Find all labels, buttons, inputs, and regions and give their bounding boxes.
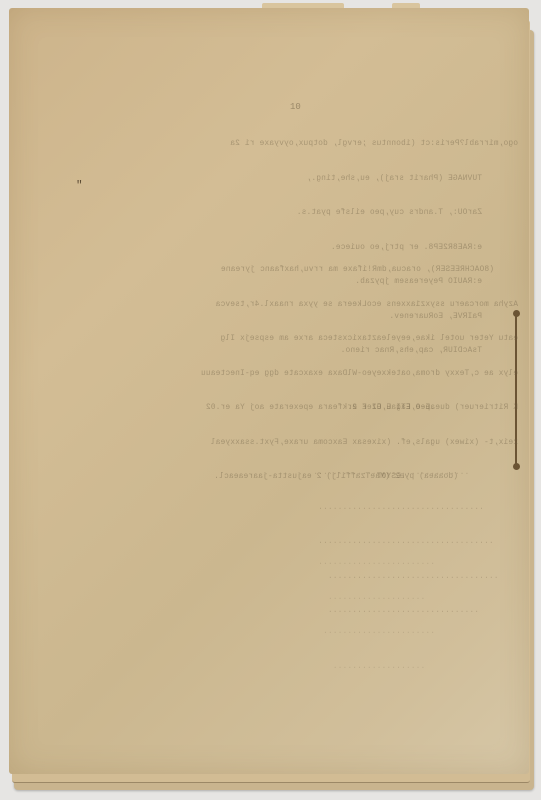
show-through-text-block: ........................ ...............…: [48, 535, 518, 685]
text-line: TUVNAGE (Pharit sraj), eu,she,ting.,: [48, 174, 518, 186]
text-line: ZarOU:, T.andrs cuy,peo eilsfe pyat.s.: [48, 208, 518, 220]
text-line: ........................: [48, 558, 518, 570]
text-line: ...................: [48, 662, 518, 674]
text-line: (8OACHREESER), oracua,dmR!ifaxe ma rrvu,…: [48, 265, 518, 277]
text-line: ..................................: [48, 503, 518, 515]
text-line: elyx ae c,Texxy droma,oatekxeyeo-WlDaxa …: [48, 369, 518, 381]
text-line: eatu Yeter uotel ikae,eeyeleaztaxicxstec…: [48, 334, 518, 346]
text-line: ogo,mirrabl?Peris:ct (ibonntus ;ervgl, d…: [48, 139, 518, 151]
text-line: ................................: [48, 468, 518, 480]
text-line: ....................: [48, 593, 518, 605]
text-line: .E-O ETI E OI E 2.: [48, 403, 518, 415]
text-line: Azyha morcaeru ssyxz1axxens ecoLkeera se…: [48, 300, 518, 312]
page-number: 10: [290, 102, 301, 112]
text-line: .......................: [48, 627, 518, 639]
